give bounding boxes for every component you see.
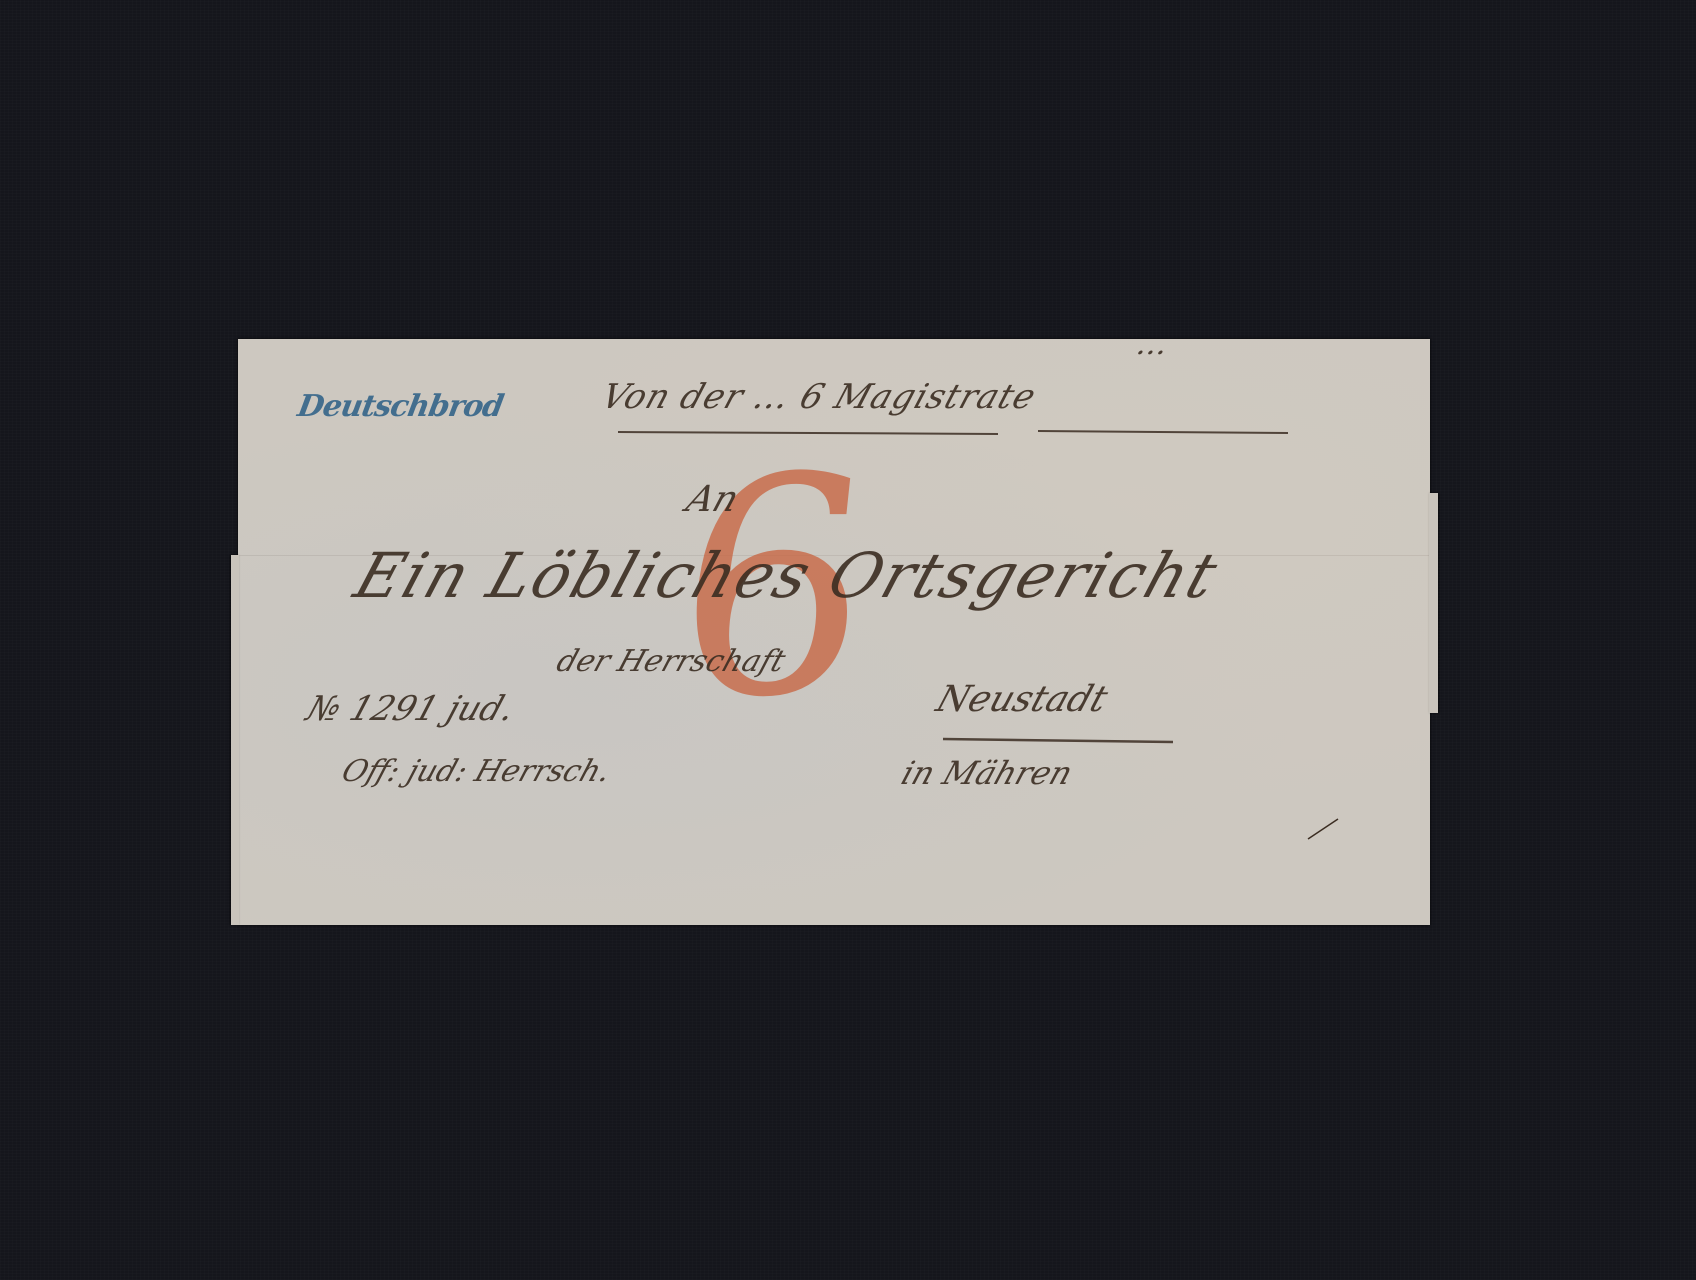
deutschbrod-postmark: Deutschbrod [295,389,506,424]
addressee: Ein Löbliches Ortsgericht [346,539,1228,612]
office-note: Off: jud: Herrsch. [337,754,615,789]
destination: Neustadt [931,679,1112,720]
addressee-subline: der Herrschaft [552,644,789,679]
routing-note: Von der … 6 Magistrate [597,377,1042,417]
right-fold-flap [1429,493,1438,713]
letter-cover: Deutschbrod 6 Von der … 6 Magistrate … A… [238,339,1430,925]
destination-region: in Mähren [897,754,1078,792]
photo-scene: Deutschbrod 6 Von der … 6 Magistrate … A… [0,0,1696,1280]
reference-number: № 1291 jud. [302,689,520,729]
